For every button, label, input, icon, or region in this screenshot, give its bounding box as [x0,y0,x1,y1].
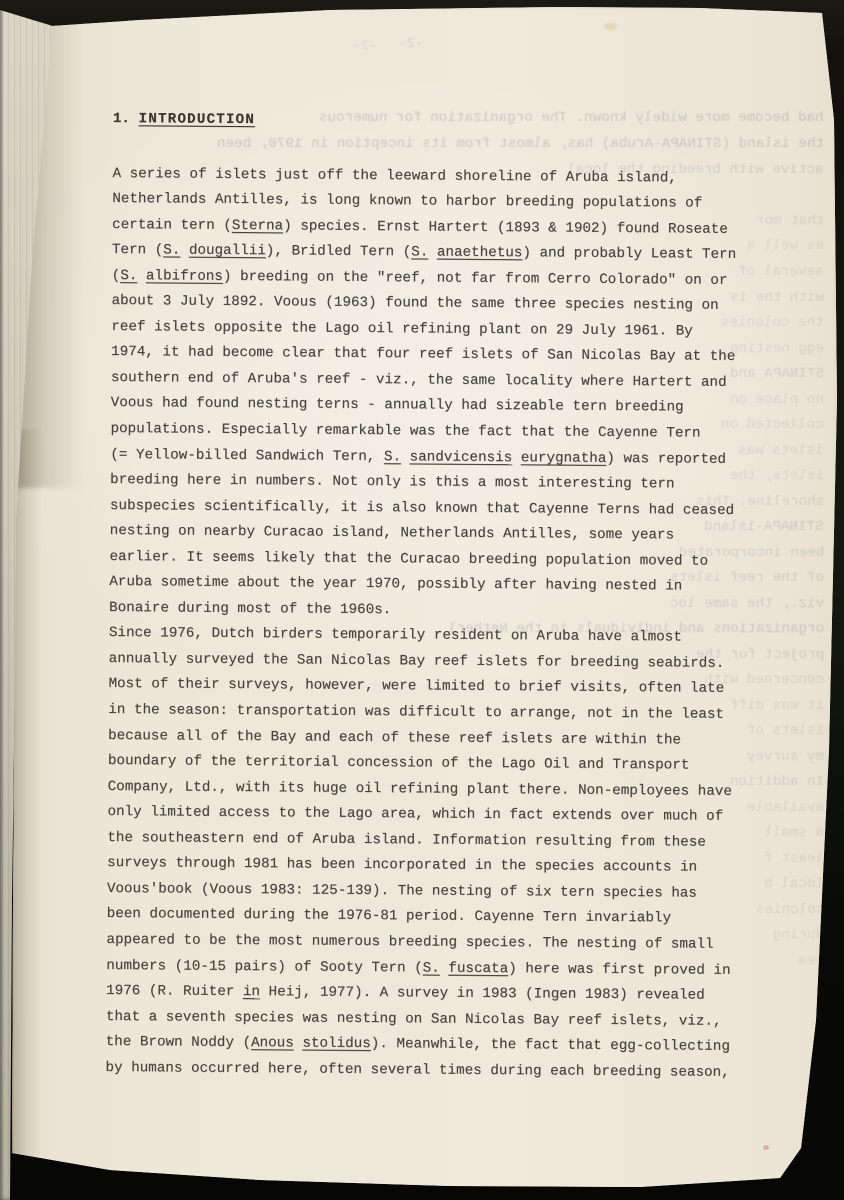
ghost-page-number: -2- [398,32,424,58]
ghost-page-number: -2- [352,34,378,60]
paper-stain [763,1145,769,1150]
paper-stain [594,2,603,7]
text-line: by humans occurred here, often several t… [105,1056,785,1087]
scanned-page: had become more widely known. The organi… [0,0,844,1200]
book-scan: had become more widely known. The organi… [0,0,844,1200]
section-title: INTRODUCTION [138,111,255,128]
ghost-text-line: sea [798,949,824,975]
section-heading: 1.INTRODUCTION [113,107,793,138]
section-number: 1. [113,111,130,127]
body-lines: A series of islets just off the leeward … [105,162,792,1087]
paper-stain [604,23,617,30]
typewritten-text: 1.INTRODUCTION A series of islets just o… [105,107,793,1087]
